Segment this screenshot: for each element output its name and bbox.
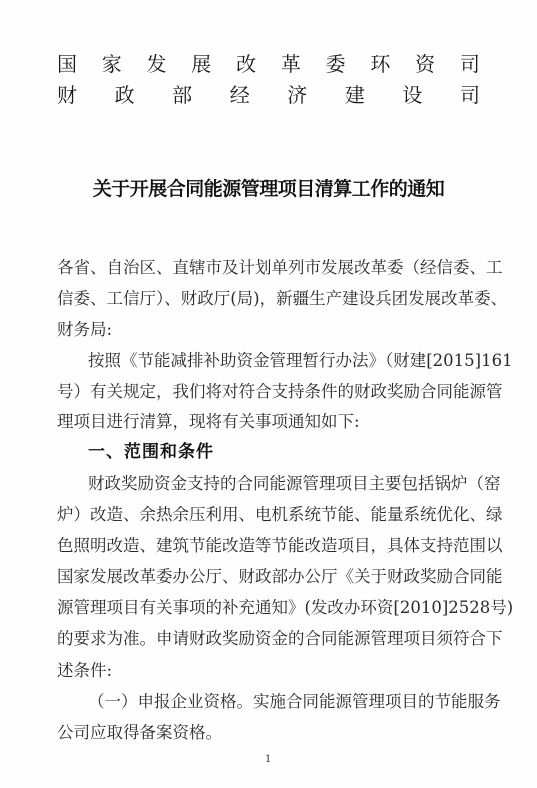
section-heading: 一、范围和条件 xyxy=(88,441,214,463)
issuer-char: 发 xyxy=(147,48,167,77)
section-paragraph-line: 色照明改造、建筑节能改造等节能改造项目，具体支持范围以 xyxy=(57,535,480,557)
issuer-char: 经 xyxy=(230,79,250,108)
issuer-char: 设 xyxy=(402,79,422,108)
salutation-line: 财务局: xyxy=(57,319,480,341)
section-paragraph-line: 述条件: xyxy=(57,660,480,682)
issuer-char: 建 xyxy=(345,79,365,108)
section-paragraph-line: 炉）改造、余热余压利用、电机系统节能、能量系统优化、绿 xyxy=(57,504,480,526)
issuer-char: 展 xyxy=(191,48,211,77)
issuer-char: 国 xyxy=(57,48,77,77)
issuer-char: 财 xyxy=(57,79,77,108)
section-paragraph-line: 源管理项目有关事项的补充通知》(发改办环资[2010]2528号) xyxy=(57,597,480,619)
issuer-char: 改 xyxy=(236,48,256,77)
intro-line: 按照《节能减排补助资金管理暂行办法》（财建[2015]161 xyxy=(88,350,480,372)
page-number: 1 xyxy=(265,754,271,765)
section-paragraph-line: 国家发展改革委办公厅、财政部办公厅《关于财政奖励合同能 xyxy=(57,566,480,588)
section-paragraph-line: 财政奖励资金支持的合同能源管理项目主要包括锅炉（窑 xyxy=(88,473,480,495)
issuer-char: 济 xyxy=(287,79,307,108)
issuer-char: 司 xyxy=(460,79,480,108)
issuer-line-2: 财 政 部 经 济 建 设 司 xyxy=(57,81,480,105)
section-paragraph-line: 的要求为准。申请财政奖励资金的合同能源管理项目须符合下 xyxy=(57,628,480,650)
issuer-char: 政 xyxy=(115,79,135,108)
document-page: 国 家 发 展 改 革 委 环 资 司 财 政 部 经 济 建 设 司 关于开展… xyxy=(0,0,537,788)
salutation-line: 各省、自治区、直辖市及计划单列市发展改革委（经信委、工 xyxy=(57,257,480,279)
issuer-char: 部 xyxy=(172,79,192,108)
issuer-char: 家 xyxy=(102,48,122,77)
issuer-line-1: 国 家 发 展 改 革 委 环 资 司 xyxy=(57,50,480,74)
salutation-line: 信委、工信厅）、财政厅(局)，新疆生产建设兵团发展改革委、 xyxy=(57,288,480,310)
issuer-char: 资 xyxy=(415,48,435,77)
item-line: 公司应取得备案资格。 xyxy=(57,722,480,744)
intro-line: 理项目进行清算，现将有关事项通知如下: xyxy=(57,411,480,433)
issuer-char: 环 xyxy=(370,48,390,77)
issuer-char: 司 xyxy=(460,48,480,77)
issuer-char: 委 xyxy=(326,48,346,77)
intro-line: 号）有关规定，我们将对符合支持条件的财政奖励合同能源管 xyxy=(57,381,480,403)
document-title: 关于开展合同能源管理项目清算工作的通知 xyxy=(0,174,537,201)
item-line: （一）申报企业资格。实施合同能源管理项目的节能服务 xyxy=(88,691,480,713)
issuer-char: 革 xyxy=(281,48,301,77)
